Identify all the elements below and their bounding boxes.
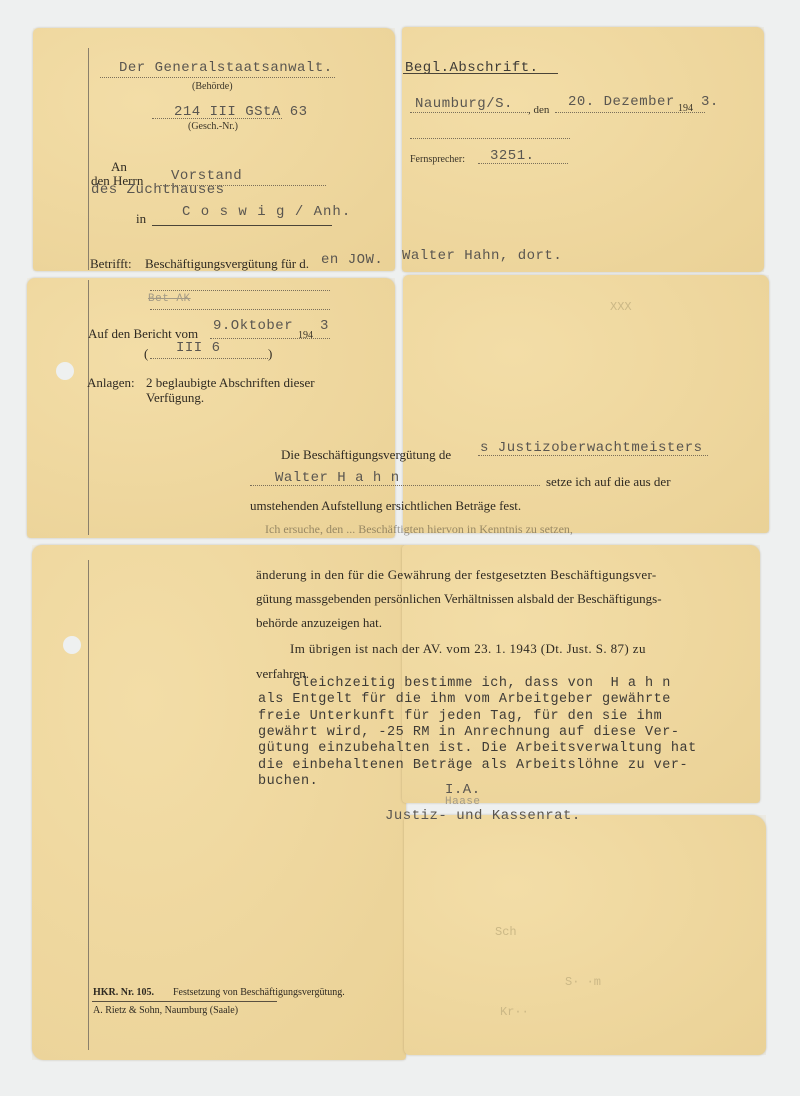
typed-line: Gleichzeitig bestimme ich, dass von H a … (258, 676, 671, 691)
dotted-line (152, 118, 282, 119)
dotted-line (478, 455, 708, 456)
struck-text: Bet AK (148, 293, 191, 305)
body-p1-continued: setze ich auf die aus der (546, 474, 671, 490)
punch-hole (56, 362, 74, 380)
signature-name: Haase (445, 796, 481, 808)
show-through-text: Kr·· (500, 1005, 529, 1019)
typed-line: gewährt wird, -25 RM in Anrechnung auf d… (258, 725, 679, 740)
attachments-line2: Verfügung. (146, 390, 204, 406)
margin-rule (88, 280, 89, 535)
recipient-institution: des Zuchthauses (91, 182, 225, 198)
recipient-city: C o s w i g / Anh. (182, 204, 351, 220)
dotted-line (150, 290, 330, 291)
year-prefix: 194 (678, 103, 693, 114)
dotted-line (210, 338, 330, 339)
subject-label: Betrifft: (90, 256, 132, 272)
show-through-text: S· ·m (565, 975, 601, 989)
dotted-line (150, 358, 268, 359)
body-p1-name: Walter H a h n (275, 470, 400, 486)
body-p2-line3: behörde anzuzeigen hat. (256, 615, 382, 631)
date-prefix: , den (528, 104, 549, 116)
body-p1-typed: s Justizoberwachtmeisters (480, 440, 703, 456)
printer-credit: A. Rietz & Sohn, Naumburg (Saale) (93, 1005, 238, 1016)
typed-line: buchen. (258, 774, 318, 789)
attachments-line1: 2 beglaubigte Abschriften dieser (146, 375, 315, 391)
typed-line: als Entgelt für die ihm vom Arbeitgeber … (258, 692, 671, 707)
paren-close: ) (268, 346, 272, 362)
paren-open: ( (144, 346, 148, 362)
place: Naumburg/S. (415, 96, 513, 112)
body-p1-start: Die Beschäftigungsvergütung de (281, 447, 451, 463)
underline (403, 73, 558, 74)
report-year-suffix: 3 (320, 318, 329, 334)
body-p2-torn: Ich ersuche, den ... Beschäftigten hierv… (265, 522, 573, 537)
authority-name: Der Generalstaatsanwalt. (119, 60, 333, 76)
body-p2-line2: gütung massgebenden persönlichen Verhält… (256, 591, 662, 607)
margin-rule (88, 560, 89, 1050)
margin-rule (88, 48, 89, 270)
body-p1-end: umstehenden Aufstellung ersichtlichen Be… (250, 498, 521, 514)
signature-title: Justiz- und Kassenrat. (385, 808, 581, 824)
document-fragment-bottom-right (404, 815, 766, 1055)
typed-line: die einbehaltenen Beträge als Arbeitslöh… (258, 758, 688, 773)
dotted-line (478, 163, 568, 164)
body-p2-line1: änderung in den für die Gewährung der fe… (256, 567, 657, 583)
typed-line: freie Unterkunft für jeden Tag, für den … (258, 709, 662, 724)
document-fragment-middle-right (403, 275, 769, 533)
authority-label: (Behörde) (192, 81, 233, 92)
date: 20. Dezember (568, 94, 675, 110)
case-number-label: (Gesch.-Nr.) (188, 121, 238, 132)
recipient-in-label: in (136, 211, 146, 227)
subject-typed-continued: Walter Hahn, dort. (402, 248, 562, 264)
report-date: 9.Oktober (213, 318, 293, 334)
body-p3-line1: Im übrigen ist nach der AV. vom 23. 1. 1… (290, 641, 646, 657)
dotted-line (410, 112, 528, 113)
underline (152, 225, 332, 226)
phone-label: Fernsprecher: (410, 154, 465, 165)
dotted-line (410, 138, 570, 139)
form-number: HKR. Nr. 105. (93, 987, 154, 998)
show-through-text: Sch (495, 925, 517, 939)
subject-typed: en JOW. (321, 252, 383, 268)
report-year-prefix: 194 (298, 330, 313, 341)
year-suffix: 3. (701, 94, 719, 110)
show-through-text: XXX (610, 300, 632, 314)
dotted-line (150, 309, 330, 310)
footer-divider (92, 1001, 277, 1002)
typed-line: gütung einzubehalten ist. Die Arbeitsver… (258, 741, 697, 756)
punch-hole (63, 636, 81, 654)
dotted-line (250, 485, 540, 486)
report-number: III 6 (176, 340, 221, 356)
attachments-label: Anlagen: (87, 375, 135, 391)
dotted-line (100, 77, 335, 78)
phone-number: 3251. (490, 148, 535, 164)
form-title: Festsetzung von Beschäftigungsvergütung. (173, 987, 345, 998)
subject-text: Beschäftigungsvergütung für d. (145, 256, 309, 272)
